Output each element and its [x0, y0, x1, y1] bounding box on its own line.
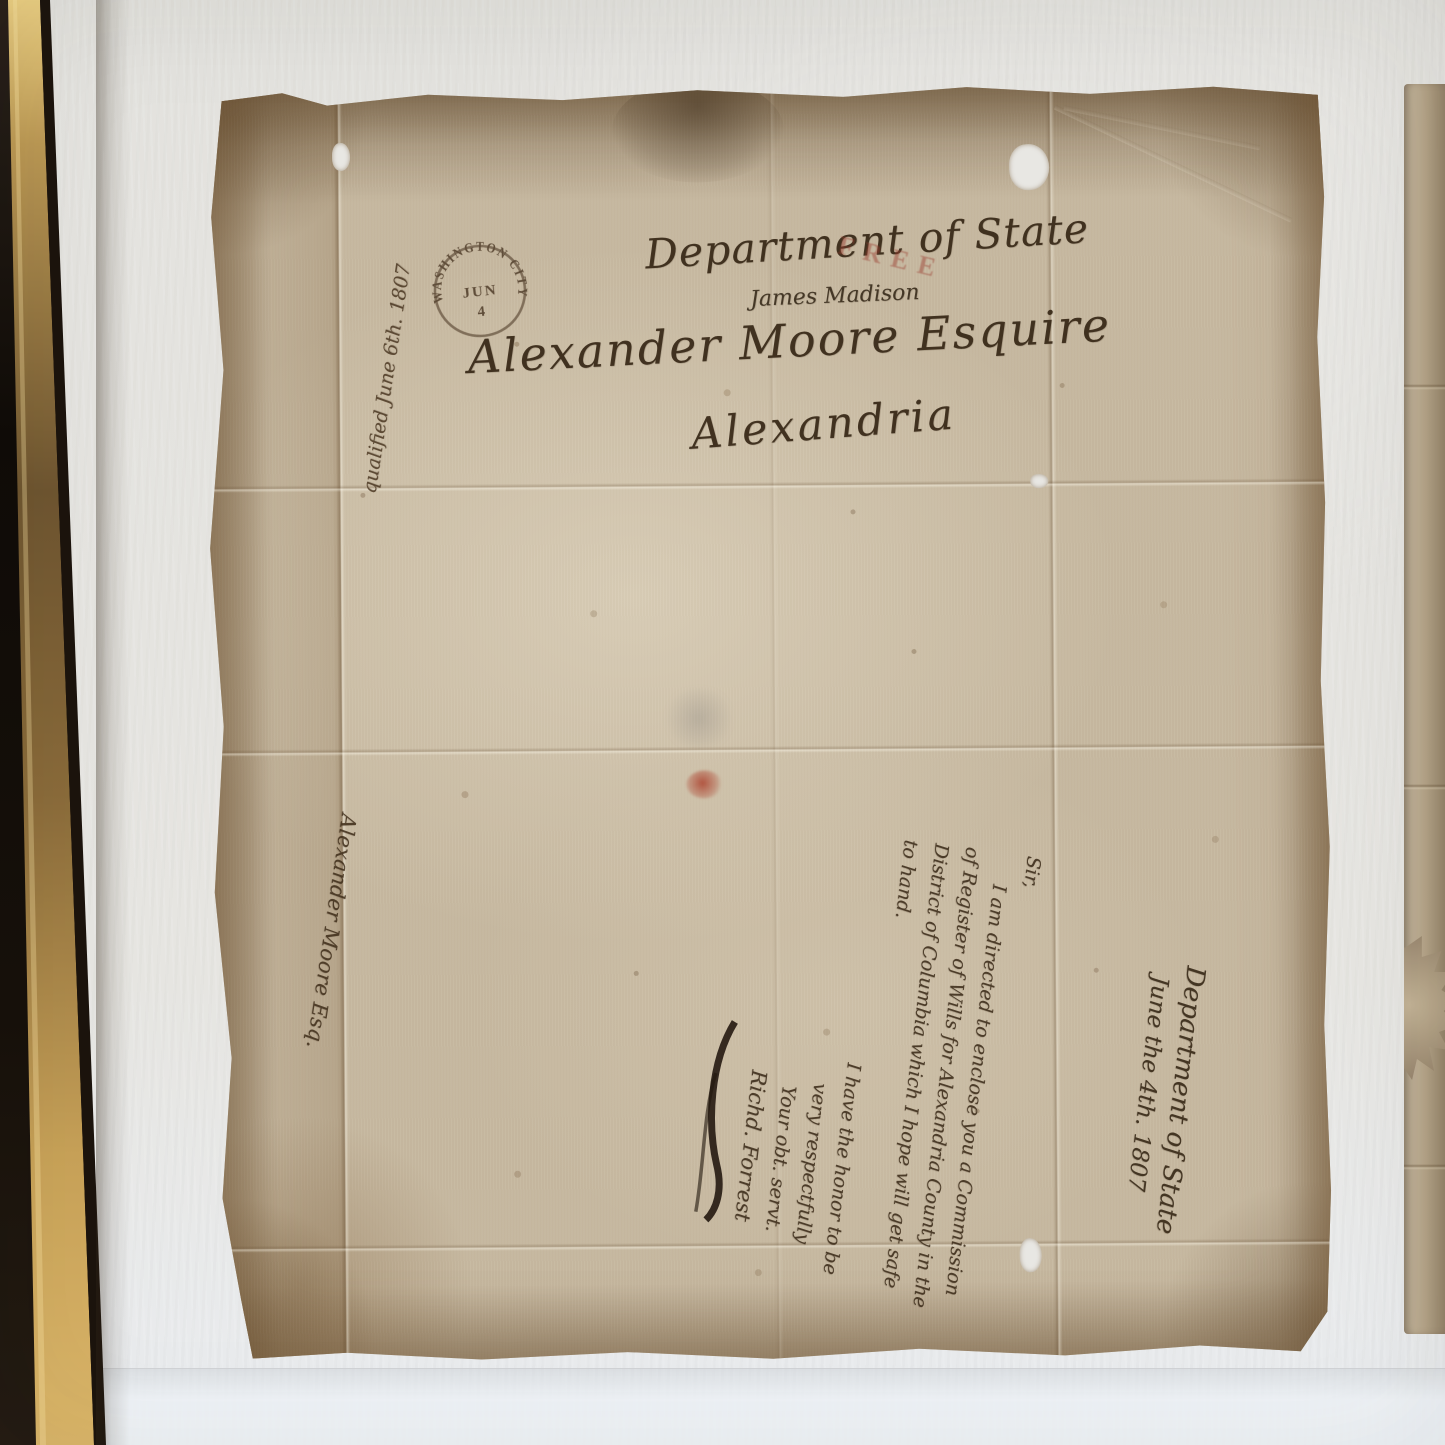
- wrinkle-crease-diagonal-1: [1054, 105, 1292, 223]
- paper-tear-top: [1009, 144, 1049, 190]
- washington-city-postmark: WASHINGTON CITY JUN 4: [421, 232, 538, 349]
- paper-seal-starburst: [1404, 930, 1445, 1080]
- second-doc-crease-2: [1404, 784, 1445, 790]
- ink-smudge: [660, 688, 738, 749]
- right-edge-toning: [1288, 82, 1335, 1356]
- wax-seal-stain: [612, 78, 785, 183]
- paper-tear-middle: [1030, 474, 1048, 488]
- paper-tear-top-left: [332, 143, 350, 171]
- mat-bottom-band: [0, 1368, 1445, 1445]
- postmark-day: 4: [477, 303, 488, 320]
- second-doc-crease-3: [1404, 1164, 1445, 1170]
- letter-body-block: Sir, I am directed to enclose you a Comm…: [702, 821, 1049, 1283]
- second-doc-crease-1: [1404, 384, 1445, 390]
- postmark-month: JUN: [462, 282, 499, 302]
- red-wax-spot: [686, 770, 722, 798]
- fold-crease-vertical-right: [1046, 84, 1063, 1358]
- destination-line: Alexandria: [689, 390, 957, 460]
- addressee-line: Alexander Moore Esquire: [466, 298, 1112, 385]
- second-document-edge: [1404, 84, 1445, 1334]
- paper-tear-lower: [1020, 1238, 1042, 1272]
- docket-qualified-note: qualified June 6th. 1807: [359, 264, 415, 495]
- foxing-spots: [204, 90, 207, 93]
- fold-crease-horizontal-2: [208, 742, 1330, 757]
- frame-cast-shadow: [96, 0, 130, 1445]
- folded-letter-sheet: Department of State James Madison FREE A…: [204, 82, 1335, 1364]
- left-panel-toning: [204, 89, 347, 1364]
- framed-letter-photo: Department of State James Madison FREE A…: [0, 0, 1445, 1445]
- dateline-block: Department of State June the 4th. 1807: [1113, 960, 1213, 1246]
